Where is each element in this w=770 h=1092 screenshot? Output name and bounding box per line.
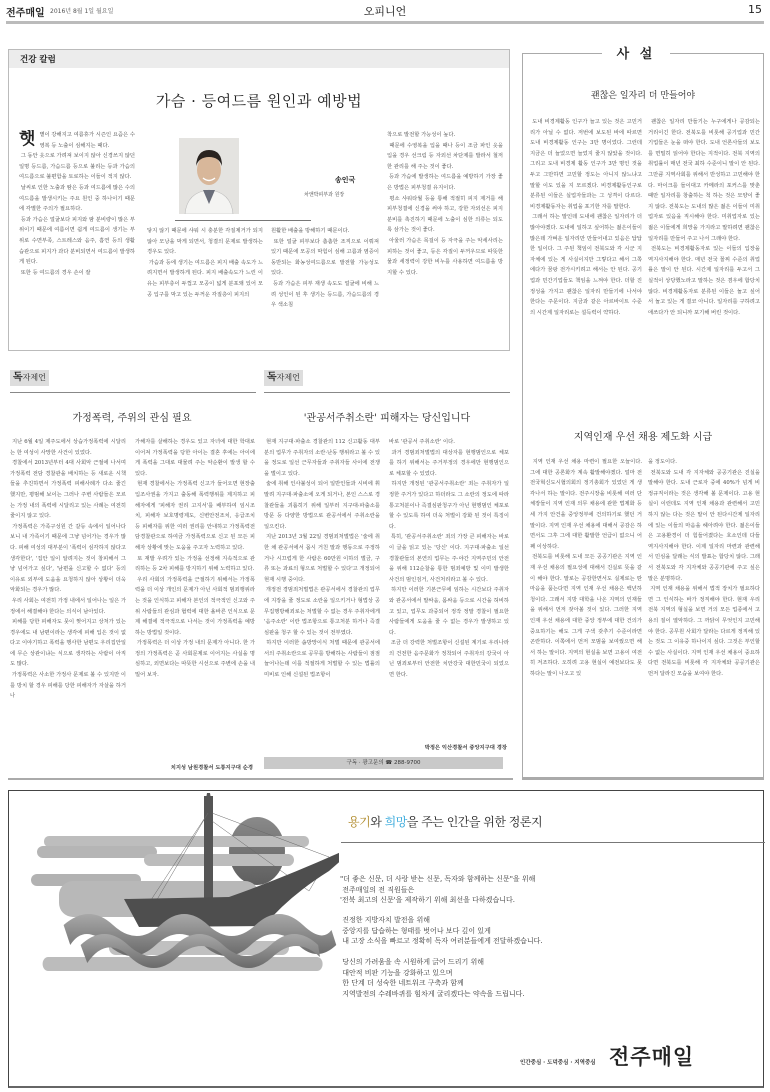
reader-left-text-1: 지난 6월 4일 제주도에서 상습가정폭력에 시달리는 한 여성이 사망한 사건… (10, 437, 126, 775)
reader-left-title: 가정폭력, 주위의 관심 필요 (8, 409, 256, 424)
health-column-label: 건강 칼럼 (20, 53, 56, 65)
reader-right-signature: 박정은 익산경찰서 중앙지구대 경장 (389, 743, 507, 751)
reader-right-text-1: 현재 지구대·파출소 경찰관의 112 신고활동 대부분의 업무가 주취자의 소… (264, 437, 380, 755)
health-column: 건강 칼럼 가슴 · 등여드름 원인과 예방법 햇볕이 강해지고 여름휴가 시즌… (8, 49, 510, 351)
health-column-title: 가슴 · 등여드름 원인과 예방법 (9, 90, 509, 111)
author-title: 차앤박피부과 원장 (304, 191, 344, 198)
ad-brand-logo: 전주매일 (609, 1041, 694, 1071)
house-ad: 용기와 희망을 주는 인간을 위한 정론지 "더 좋은 신문, 더 사랑 받는 … (8, 790, 764, 1088)
author-photo (179, 138, 239, 214)
subscription-bar: 구독 · 광고문의 ☎ 288-9700 (264, 757, 503, 769)
editorial-title-1: 괜찮은 일자리 더 만들어야 (522, 88, 764, 101)
reader-left-text-2: 가해자를 살해하는 경우도 있고 자녀에 대한 학대로 이어져 가정폭력을 당한… (135, 437, 255, 763)
reader-left-signature: 치지성 남원경찰서 도통지구대 순경 (135, 763, 253, 771)
reader-opinion-rule (264, 392, 510, 393)
editorial-1-text-2: 괜찮은 일자리 만들기는 누구에게나 공감되는 거리이긴 한다. 전북도를 비롯… (648, 117, 760, 407)
masthead: 전주매일 2016년 8월 1일 월요일 오피니언 15 (6, 0, 764, 24)
reader-opinion-tag: 독자제언 (264, 370, 303, 386)
section-divider (522, 778, 764, 780)
health-column-text-4: 착으로 발전할 가능성이 높다. 때문에 수영복을 입을 때나 등이 조금 파인… (387, 130, 503, 348)
ad-paragraph-3: 당신의 가려움을 속 시원하게 긁어 드리기 위해 대안적 비판 기능을 강화하… (340, 957, 525, 999)
ad-tagline: 인간중심 · 도덕중심 · 지역중심 (520, 1058, 596, 1066)
reader-right-text-2: 바로 '관공서 주취소란' 이다. 과거 경범죄처벌법의 대상자를 현행범인으로… (389, 437, 509, 743)
ad-paragraph-1: "더 좋은 신문, 더 사랑 받는 신문, 독자와 함께하는 신문"을 위해 전… (340, 874, 535, 906)
health-column-text-1: 햇볕이 강해지고 여름휴가 시즌인 요즘은 수영복 등 노출이 심해지는 때다.… (19, 130, 135, 348)
health-column-text-2: 닿지 않기 때문에 샤워 시 충분한 각질제거가 되지 않아 모낭을 막게 되면… (147, 226, 263, 348)
sailboat-illustration-icon (9, 791, 339, 1087)
health-column-text-3: 원활한 배출을 방해하기 때문이다. 또한 얼굴 피부보다 촘촘한 조직으로 이… (271, 226, 379, 348)
phone-icon: ☎ (385, 760, 392, 766)
author-name: 송인국 (335, 175, 355, 185)
subscription-phone: 288-9700 (394, 760, 420, 766)
masthead-rule (6, 21, 764, 24)
section-title: 오피니언 (6, 3, 764, 19)
ad-slogan: 용기와 희망을 주는 인간을 위한 정론지 (348, 813, 542, 830)
ad-paragraph-2: 진정한 지방자치 발전을 위해 중앙지를 답습하는 형태를 벗어나 보다 깊이 … (340, 915, 543, 947)
reader-right-title: '관공서주취소란' 피해자는 당신입니다 (262, 409, 512, 424)
dropcap: 햇 (19, 131, 35, 148)
section-divider (8, 778, 513, 780)
editorial-top-rule-left (522, 53, 602, 54)
health-column-header: 건강 칼럼 (9, 50, 509, 68)
author-portrait-icon (179, 138, 239, 214)
editorial-1-text-1: 도내 비경제활동 인구가 늘고 있는 것은 고민거리가 아닐 수 없다. 저번에… (530, 117, 642, 407)
editorial-2-text-1: 지역 인재 우선 채용 마련이 필요한 오늘이다. 그에 대한 공론화가 계속 … (530, 457, 642, 773)
reader-opinion-rule (10, 392, 256, 393)
photo-divider (175, 220, 311, 221)
reader-opinion-header-right: 독자제언 (264, 370, 510, 392)
ad-divider (341, 842, 765, 843)
editorial-2-text-2: 을 정도이다. 전북도와 도내 각 지자체와 공공기관은 진실을 말해야 한다.… (648, 457, 760, 773)
page-number: 15 (748, 3, 762, 16)
reader-opinion-header-left: 독자제언 (10, 370, 256, 392)
editorial-title-2: 지역인재 우선 채용 제도화 시급 (522, 428, 764, 443)
editorial-top-rule-right (670, 53, 764, 54)
reader-opinion-tag: 독자제언 (10, 370, 49, 386)
editorial-label: 사 설 (602, 43, 670, 62)
